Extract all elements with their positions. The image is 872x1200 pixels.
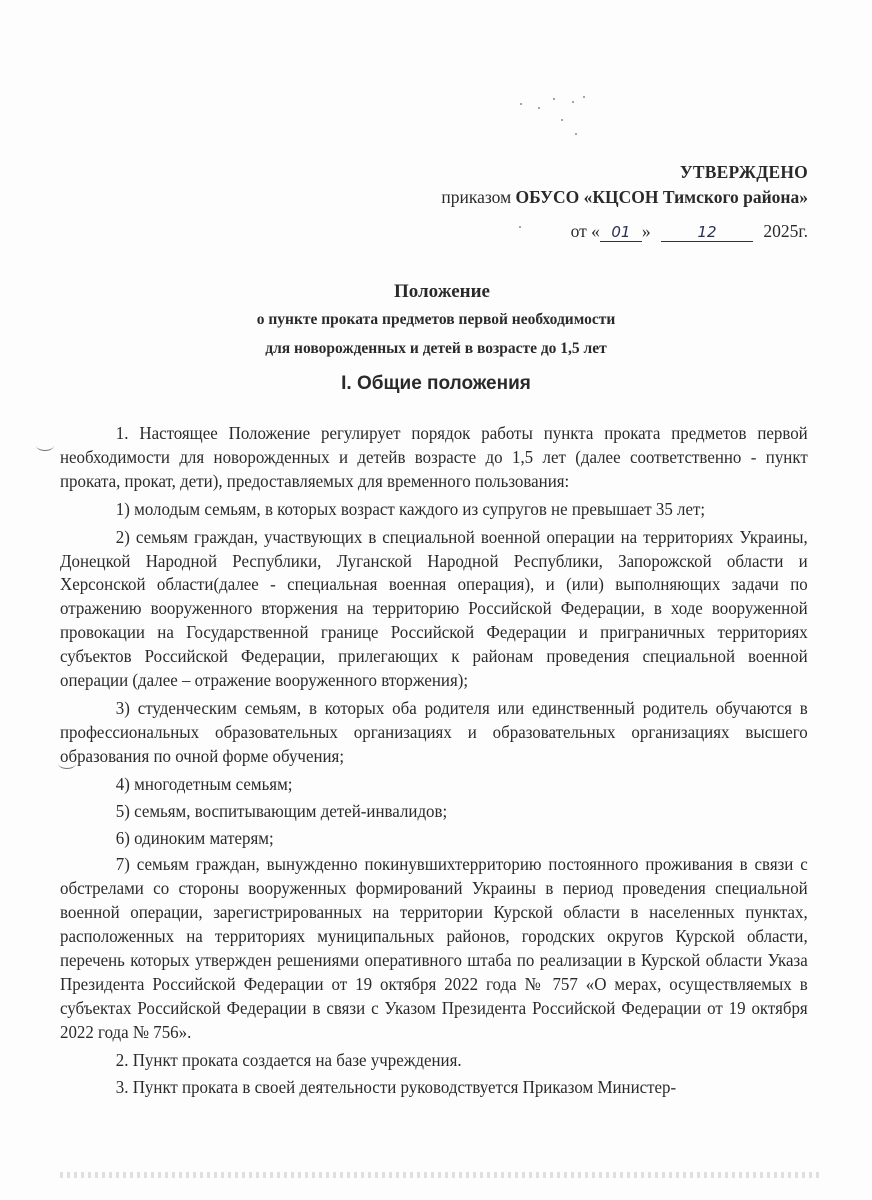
scan-speck: [553, 98, 555, 100]
date-month-handwritten: 12: [661, 223, 753, 242]
scan-speck: [583, 96, 585, 98]
organization-name: ОБУСО «КЦСОН Тимского района»: [516, 187, 808, 207]
approval-date: от «01» 12 2025г.: [441, 219, 808, 243]
scan-speck: [538, 107, 540, 109]
date-year: 2025г.: [763, 221, 808, 241]
list-item: 6) одиноким матерям;: [60, 827, 808, 851]
paragraph: 1. Настоящее Положение регулирует порядо…: [60, 422, 808, 494]
document-heading: Положение о пункте проката предметов пер…: [0, 280, 872, 362]
list-item: 1) молодым семьям, в которых возраст каж…: [60, 498, 808, 522]
approved-label: УТВЕРЖДЕНО: [441, 160, 808, 184]
scan-speck: [575, 133, 577, 135]
list-item: 4) многодетным семьям;: [60, 773, 808, 797]
paragraph: 3. Пункт проката в своей деятельности ру…: [60, 1076, 808, 1100]
list-item: 7) семьям граждан, вынужденно покинувших…: [60, 853, 808, 1044]
scan-speck: [561, 119, 563, 121]
document-page: УТВЕРЖДЕНО приказом ОБУСО «КЦСОН Тимског…: [0, 0, 872, 1200]
scan-speck: [572, 101, 574, 103]
section-title: I. Общие положения: [0, 372, 872, 396]
margin-scribble: [36, 440, 54, 451]
date-prefix: от «: [571, 221, 600, 241]
approval-stamp: УТВЕРЖДЕНО приказом ОБУСО «КЦСОН Тимског…: [441, 160, 808, 243]
document-title: Положение: [12, 280, 872, 304]
date-day-handwritten: 01: [600, 223, 642, 242]
order-prefix: приказом: [441, 187, 511, 207]
list-item: 3) студенческим семьям, в которых оба ро…: [60, 697, 808, 769]
date-quote-close: »: [642, 221, 651, 241]
approval-order-line: приказом ОБУСО «КЦСОН Тимского района»: [441, 185, 808, 209]
document-subtitle-line1: о пункте проката предметов первой необхо…: [0, 307, 872, 333]
document-body: 1. Настоящее Положение регулирует порядо…: [60, 422, 808, 1102]
scan-speck: [520, 103, 522, 105]
document-subtitle-line2: для новорожденных и детей в возрасте до …: [0, 336, 872, 362]
list-item: 2) семьям граждан, участвующих в специал…: [60, 526, 808, 693]
paragraph: 2. Пункт проката создается на базе учреж…: [60, 1049, 808, 1073]
list-item: 5) семьям, воспитывающим детей-инвалидов…: [60, 800, 808, 824]
next-line-cutoff: [60, 1172, 820, 1178]
